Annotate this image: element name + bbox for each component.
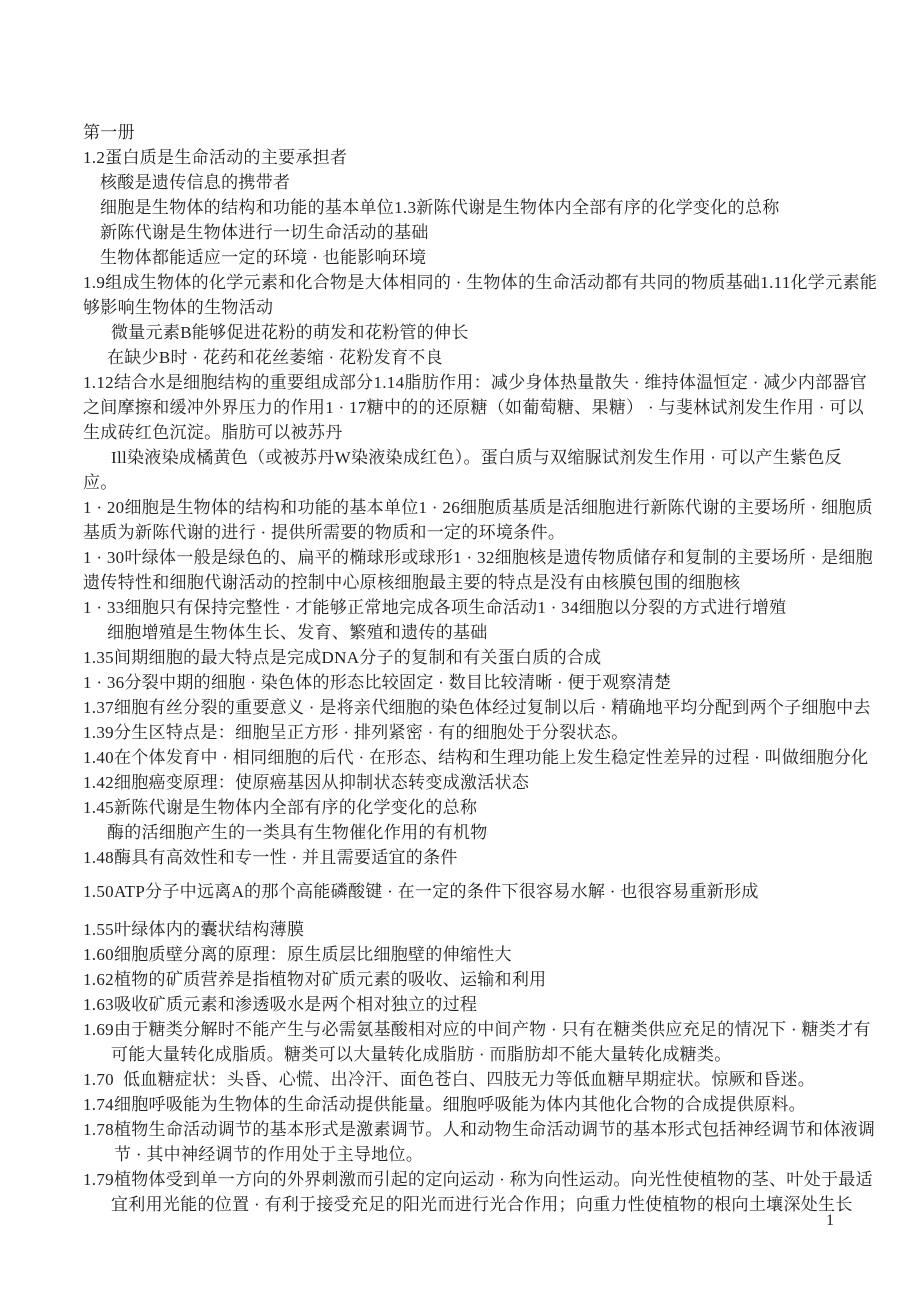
text-line: 1.35间期细胞的最大特点是完成DNA分子的复制和有关蛋白质的合成 bbox=[83, 645, 873, 670]
text-line: 遗传特性和细胞代谢活动的控制中心原核细胞最主要的特点是没有由核膜包围的细胞核 bbox=[83, 570, 873, 595]
text-line: 第一册 bbox=[83, 120, 873, 145]
text-line: 可能大量转化成脂质。糖类可以大量转化成脂肪 · 而脂肪却不能大量转化成糖类。 bbox=[83, 1042, 873, 1067]
text-line: 新陈代谢是生物体进行一切生命活动的基础 bbox=[83, 220, 873, 245]
text-line: 1.78植物生命活动调节的基本形式是激素调节。人和动物生命活动调节的基本形式包括… bbox=[83, 1117, 873, 1142]
text-line: 1.74细胞呼吸能为生物体的生命活动提供能量。细胞呼吸能为体内其他化合物的合成提… bbox=[83, 1092, 873, 1117]
text-line: 1.50ATP分子中远离A的那个高能磷酸键 · 在一定的条件下很容易水解 · 也… bbox=[83, 879, 873, 904]
page-number: 1 bbox=[826, 1211, 834, 1231]
text-line: 节 · 其中神经调节的作用处于主导地位。 bbox=[83, 1142, 873, 1167]
text-line: 1.39分生区特点是：细胞呈正方形 · 排列紧密 · 有的细胞处于分裂状态。 bbox=[83, 720, 873, 745]
text-line: 1 · 36分裂中期的细胞 · 染色体的形态比较固定 · 数目比较清晰 · 便于… bbox=[83, 670, 873, 695]
text-line: 1.12结合水是细胞结构的重要组成部分1.14脂肪作用：减少身体热量散失 · 维… bbox=[83, 370, 873, 395]
text-line: 微量元素B能够促进花粉的萌发和花粉管的伸长 bbox=[83, 320, 873, 345]
text-line: 1.45新陈代谢是生物体内全部有序的化学变化的总称 bbox=[83, 795, 873, 820]
text-line: 够影响生物体的生物活动 bbox=[83, 295, 873, 320]
text-line: 应。 bbox=[83, 470, 873, 495]
text-line: 1.70 低血糖症状：头昏、心慌、出冷汗、面色苍白、四肢无力等低血糖早期症状。惊… bbox=[83, 1067, 873, 1092]
text-line: 1.79植物体受到单一方向的外界刺激而引起的定向运动 · 称为向性运动。向光性使… bbox=[83, 1167, 873, 1192]
text-line: 1.2蛋白质是生命活动的主要承担者 bbox=[83, 145, 873, 170]
text-line: 1 · 30叶绿体一般是绿色的、扁平的椭球形或球形1 · 32细胞核是遗传物质储… bbox=[83, 545, 873, 570]
text-line: 细胞是生物体的结构和功能的基本单位1.3新陈代谢是生物体内全部有序的化学变化的总… bbox=[83, 195, 873, 220]
text-line: 1.63吸收矿质元素和渗透吸水是两个相对独立的过程 bbox=[83, 992, 873, 1017]
text-line: 1.37细胞有丝分裂的重要意义 · 是将亲代细胞的染色体经过复制以后 · 精确地… bbox=[83, 695, 873, 720]
document-body: 第一册 1.2蛋白质是生命活动的主要承担者 核酸是遗传信息的携带者 细胞是生物体… bbox=[83, 120, 873, 1217]
text-line: 1.48酶具有高效性和专一性 · 并且需要适宜的条件 bbox=[83, 845, 873, 870]
text-line: 1.40在个体发育中 · 相同细胞的后代 · 在形态、结构和生理功能上发生稳定性… bbox=[83, 745, 873, 770]
text-line: 1.62植物的矿质营养是指植物对矿质元素的吸收、运输和利用 bbox=[83, 967, 873, 992]
text-line: 之间摩擦和缓冲外界压力的作用1 · 17糖中的的还原糖（如葡萄糖、果糖） · 与… bbox=[83, 395, 873, 420]
text-line: 1.9组成生物体的化学元素和化合物是大体相同的 · 生物体的生命活动都有共同的物… bbox=[83, 270, 873, 295]
text-line: 细胞增殖是生物体生长、发育、繁殖和遗传的基础 bbox=[83, 620, 873, 645]
text-line: 基质为新陈代谢的进行 · 提供所需要的物质和一定的环境条件。 bbox=[83, 520, 873, 545]
text-line: 核酸是遗传信息的携带者 bbox=[83, 170, 873, 195]
text-line: 1.55叶绿体内的囊状结构薄膜 bbox=[83, 917, 873, 942]
text-line: 宜利用光能的位置 · 有利于接受充足的阳光而进行光合作用；向重力性使植物的根向土… bbox=[83, 1192, 873, 1217]
document-page: { "page": { "number": "1", "background_c… bbox=[0, 0, 920, 1302]
text-line: 在缺少B时 · 花药和花丝萎缩 · 花粉发育不良 bbox=[83, 345, 873, 370]
text-line: 生物体都能适应一定的环境 · 也能影响环境 bbox=[83, 245, 873, 270]
text-line: Ill染液染成橘黄色（或被苏丹W染液染成红色）。蛋白质与双缩脲试剂发生作用 · … bbox=[83, 445, 873, 470]
text-line: 1 · 33细胞只有保持完整性 · 才能够正常地完成各项生命活动1 · 34细胞… bbox=[83, 595, 873, 620]
text-line: 酶的活细胞产生的一类具有生物催化作用的有机物 bbox=[83, 820, 873, 845]
text-line: 1.60细胞质壁分离的原理：原生质层比细胞壁的伸缩性大 bbox=[83, 942, 873, 967]
text-line: 1.69由于糖类分解时不能产生与必需氨基酸相对应的中间产物 · 只有在糖类供应充… bbox=[83, 1017, 873, 1042]
text-line: 1 · 20细胞是生物体的结构和功能的基本单位1 · 26细胞质基质是活细胞进行… bbox=[83, 495, 873, 520]
text-line: 生成砖红色沉淀。脂肪可以被苏丹 bbox=[83, 420, 873, 445]
text-line: 1.42细胞癌变原理：使原癌基因从抑制状态转变成激活状态 bbox=[83, 770, 873, 795]
